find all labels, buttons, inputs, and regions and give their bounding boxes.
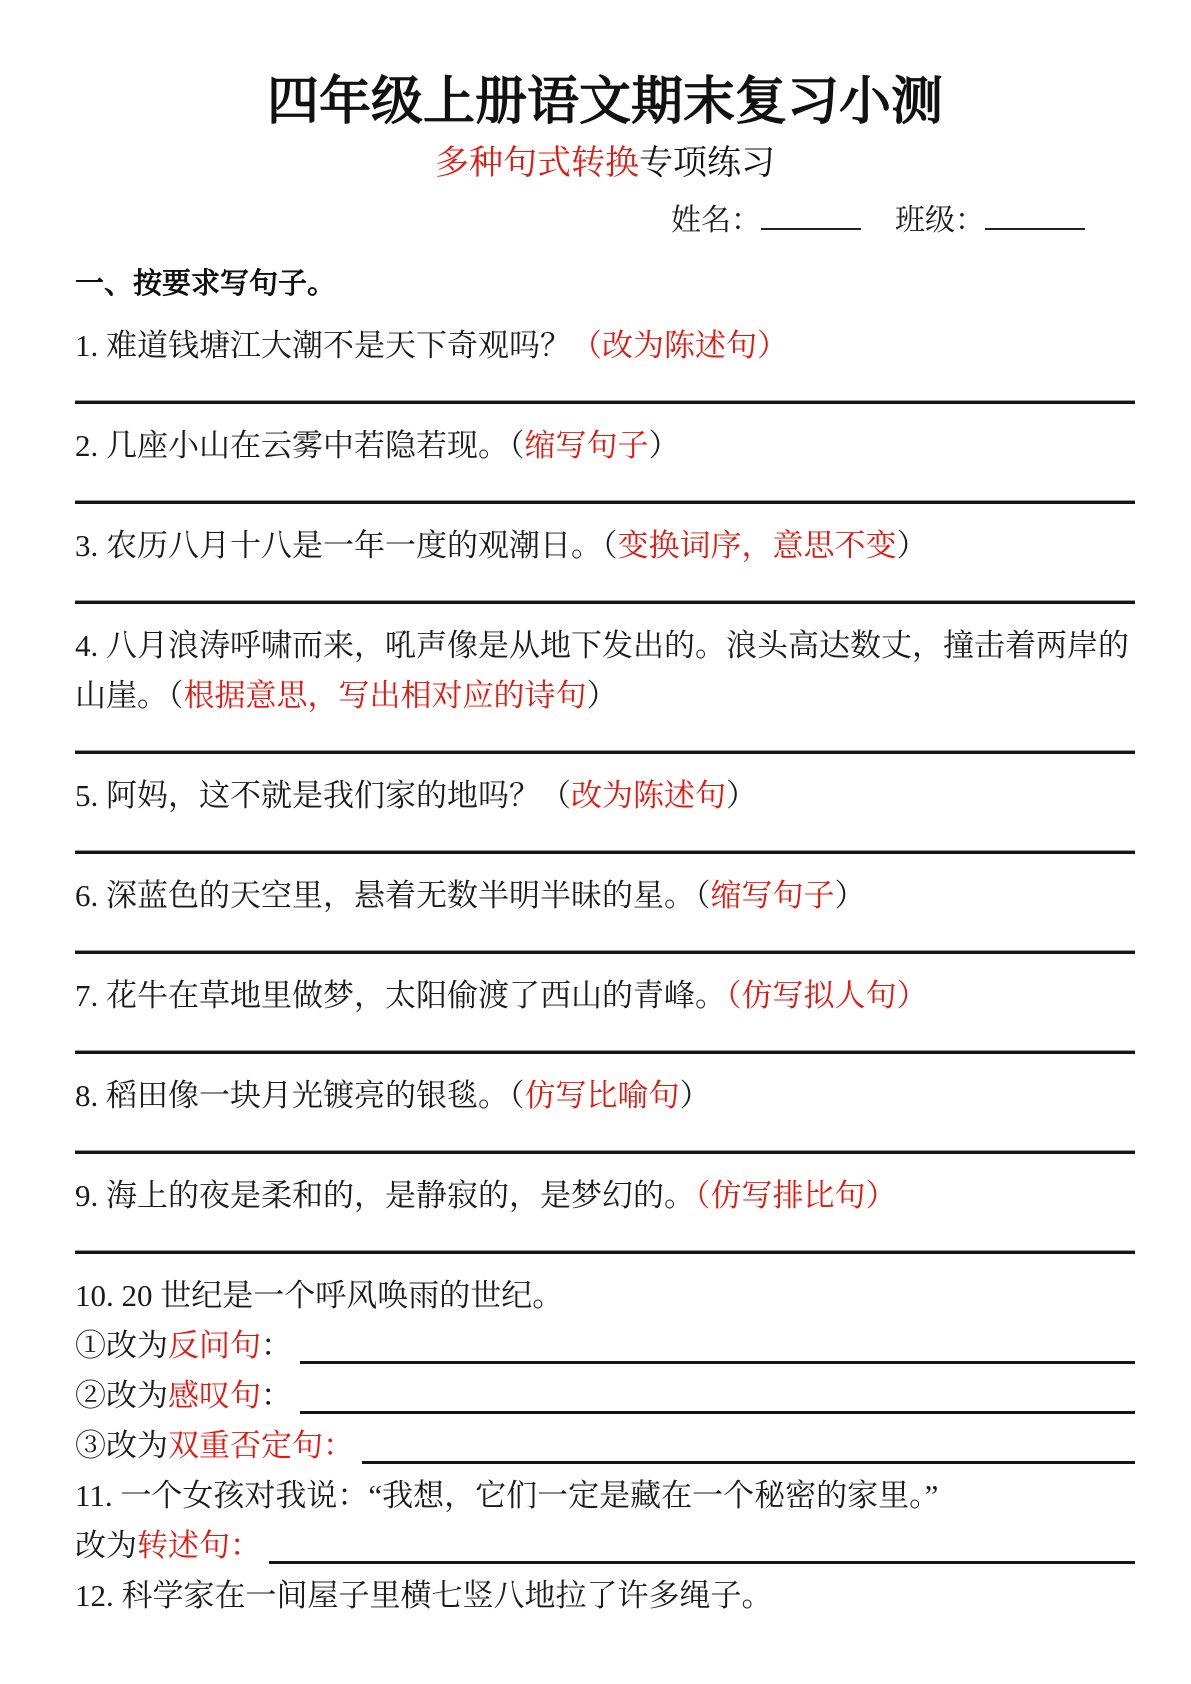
question-text: ①改为反问句： bbox=[75, 1321, 292, 1371]
sentence-text: ： bbox=[261, 1328, 292, 1363]
question-text: 4. 八月浪涛呼啸而来，吼声像是从地下发出的。浪头高达数丈，撞击着两岸的山崖。（… bbox=[75, 628, 1129, 713]
sentence-text: 10. 20 世纪是一个呼风唤雨的世纪。 bbox=[75, 1278, 563, 1313]
question-row: 5. 阿妈，这不就是我们家的地吗？（改为陈述句） bbox=[75, 771, 1135, 821]
answer-line bbox=[75, 921, 1135, 954]
answer-line bbox=[75, 1121, 1135, 1154]
question-row: 6. 深蓝色的天空里，悬着无数半明半昧的星。（缩写句子） bbox=[75, 871, 1135, 921]
instruction-text: 转述句： bbox=[137, 1528, 261, 1563]
instruction-text: 反问句 bbox=[168, 1328, 261, 1363]
inline-answer-row: ①改为反问句： bbox=[75, 1321, 1135, 1371]
question-text: 11. 一个女孩对我说：“我想，它们一定是藏在一个秘密的家里。” bbox=[75, 1478, 938, 1513]
question-row: 12. 科学家在一间屋子里横七竖八地拉了许多绳子。 bbox=[75, 1571, 1135, 1621]
name-class-row: 姓名：班级： bbox=[75, 198, 1135, 241]
inline-answer-row: ②改为感叹句： bbox=[75, 1371, 1135, 1421]
question-text: 8. 稻田像一块月光镀亮的银毯。（仿写比喻句） bbox=[75, 1078, 711, 1113]
sentence-text: ） bbox=[726, 778, 757, 813]
sentence-text: ①改为 bbox=[75, 1328, 168, 1363]
question-text: 3. 农历八月十八是一年一度的观潮日。（变换词序，意思不变） bbox=[75, 528, 928, 563]
question-row: 3. 农历八月十八是一年一度的观潮日。（变换词序，意思不变） bbox=[75, 521, 1135, 571]
instruction-text: 改为陈述句 bbox=[571, 778, 726, 813]
question-row: 11. 一个女孩对我说：“我想，它们一定是藏在一个秘密的家里。” bbox=[75, 1471, 1135, 1521]
sentence-text: ： bbox=[261, 1378, 292, 1413]
instruction-text: （仿写排比句） bbox=[695, 1178, 897, 1213]
answer-line bbox=[75, 821, 1135, 854]
question-text: 2. 几座小山在云雾中若隐若现。（缩写句子） bbox=[75, 428, 680, 463]
sentence-text: 3. 农历八月十八是一年一度的观潮日。（ bbox=[75, 528, 618, 563]
sentence-text: 7. 花牛在草地里做梦，太阳偷渡了西山的青峰。 bbox=[75, 978, 726, 1013]
instruction-text: 缩写句子 bbox=[711, 878, 835, 913]
answer-line bbox=[75, 721, 1135, 754]
question-row: 9. 海上的夜是柔和的，是静寂的，是梦幻的。（仿写排比句） bbox=[75, 1171, 1135, 1221]
answer-blank-line bbox=[300, 1371, 1135, 1414]
question-text: 7. 花牛在草地里做梦，太阳偷渡了西山的青峰。（仿写拟人句） bbox=[75, 978, 928, 1013]
inline-answer-row: 改为转述句： bbox=[75, 1521, 1135, 1571]
instruction-text: （仿写拟人句） bbox=[726, 978, 928, 1013]
subtitle-rest: 专项练习 bbox=[639, 144, 775, 182]
sentence-text: 2. 几座小山在云雾中若隐若现。（ bbox=[75, 428, 525, 463]
question-text: 1. 难道钱塘江大潮不是天下奇观吗？（改为陈述句） bbox=[75, 328, 788, 363]
sentence-text: 6. 深蓝色的天空里，悬着无数半明半昧的星。（ bbox=[75, 878, 711, 913]
page-subtitle: 多种句式转换专项练习 bbox=[75, 142, 1135, 184]
instruction-text: （改为陈述句） bbox=[571, 328, 788, 363]
sentence-text: 8. 稻田像一块月光镀亮的银毯。（ bbox=[75, 1078, 525, 1113]
sentence-text: ） bbox=[649, 428, 680, 463]
question-text: 9. 海上的夜是柔和的，是静寂的，是梦幻的。（仿写排比句） bbox=[75, 1178, 897, 1213]
answer-blank-line bbox=[269, 1521, 1135, 1564]
inline-answer-row: ③改为双重否定句： bbox=[75, 1421, 1135, 1471]
answer-blank-line bbox=[300, 1321, 1135, 1364]
class-label: 班级： bbox=[895, 204, 985, 237]
answer-blank-line bbox=[362, 1421, 1135, 1464]
name-label: 姓名： bbox=[671, 204, 761, 237]
question-row: 8. 稻田像一块月光镀亮的银毯。（仿写比喻句） bbox=[75, 1071, 1135, 1121]
question-row: 4. 八月浪涛呼啸而来，吼声像是从地下发出的。浪头高达数丈，撞击着两岸的山崖。（… bbox=[75, 621, 1135, 721]
answer-line bbox=[75, 571, 1135, 604]
page-title: 四年级上册语文期末复习小测 bbox=[75, 72, 1135, 132]
sentence-text: 5. 阿妈，这不就是我们家的地吗？（ bbox=[75, 778, 571, 813]
sentence-text: ） bbox=[680, 1078, 711, 1113]
worksheet-page: 四年级上册语文期末复习小测 多种句式转换专项练习 姓名：班级： 一、按要求写句子… bbox=[0, 0, 1191, 1684]
question-text: 10. 20 世纪是一个呼风唤雨的世纪。 bbox=[75, 1278, 563, 1313]
answer-line bbox=[75, 1221, 1135, 1254]
section-one-header: 一、按要求写句子。 bbox=[75, 265, 1135, 303]
subtitle-highlight: 多种句式转换 bbox=[435, 144, 639, 182]
sentence-text: ） bbox=[587, 678, 618, 713]
question-text: 12. 科学家在一间屋子里横七竖八地拉了许多绳子。 bbox=[75, 1578, 773, 1613]
instruction-text: 仿写比喻句 bbox=[525, 1078, 680, 1113]
answer-line bbox=[75, 471, 1135, 504]
sentence-text: ） bbox=[835, 878, 866, 913]
name-blank-line bbox=[761, 198, 861, 230]
sentence-text: 11. 一个女孩对我说：“我想，它们一定是藏在一个秘密的家里。” bbox=[75, 1478, 938, 1513]
instruction-text: 感叹句 bbox=[168, 1378, 261, 1413]
sentence-text: ③改为 bbox=[75, 1428, 168, 1463]
questions-list: 1. 难道钱塘江大潮不是天下奇观吗？（改为陈述句）2. 几座小山在云雾中若隐若现… bbox=[75, 321, 1135, 1621]
question-row: 2. 几座小山在云雾中若隐若现。（缩写句子） bbox=[75, 421, 1135, 471]
sentence-text: ） bbox=[897, 528, 928, 563]
question-text: 6. 深蓝色的天空里，悬着无数半明半昧的星。（缩写句子） bbox=[75, 878, 866, 913]
instruction-text: 根据意思，写出相对应的诗句 bbox=[184, 678, 587, 713]
question-text: ②改为感叹句： bbox=[75, 1371, 292, 1421]
answer-line bbox=[75, 371, 1135, 404]
question-text: 改为转述句： bbox=[75, 1521, 261, 1571]
question-text: ③改为双重否定句： bbox=[75, 1421, 354, 1471]
instruction-text: 缩写句子 bbox=[525, 428, 649, 463]
instruction-text: 变换词序，意思不变 bbox=[618, 528, 897, 563]
sentence-text: 1. 难道钱塘江大潮不是天下奇观吗？ bbox=[75, 328, 571, 363]
instruction-text: 双重否定句： bbox=[168, 1428, 354, 1463]
answer-line bbox=[75, 1021, 1135, 1054]
sentence-text: ②改为 bbox=[75, 1378, 168, 1413]
question-row: 1. 难道钱塘江大潮不是天下奇观吗？（改为陈述句） bbox=[75, 321, 1135, 371]
question-text: 5. 阿妈，这不就是我们家的地吗？（改为陈述句） bbox=[75, 778, 757, 813]
question-row: 10. 20 世纪是一个呼风唤雨的世纪。 bbox=[75, 1271, 1135, 1321]
sentence-text: 改为 bbox=[75, 1528, 137, 1563]
sentence-text: 9. 海上的夜是柔和的，是静寂的，是梦幻的。 bbox=[75, 1178, 695, 1213]
class-blank-line bbox=[985, 198, 1085, 230]
question-row: 7. 花牛在草地里做梦，太阳偷渡了西山的青峰。（仿写拟人句） bbox=[75, 971, 1135, 1021]
sentence-text: 12. 科学家在一间屋子里横七竖八地拉了许多绳子。 bbox=[75, 1578, 773, 1613]
